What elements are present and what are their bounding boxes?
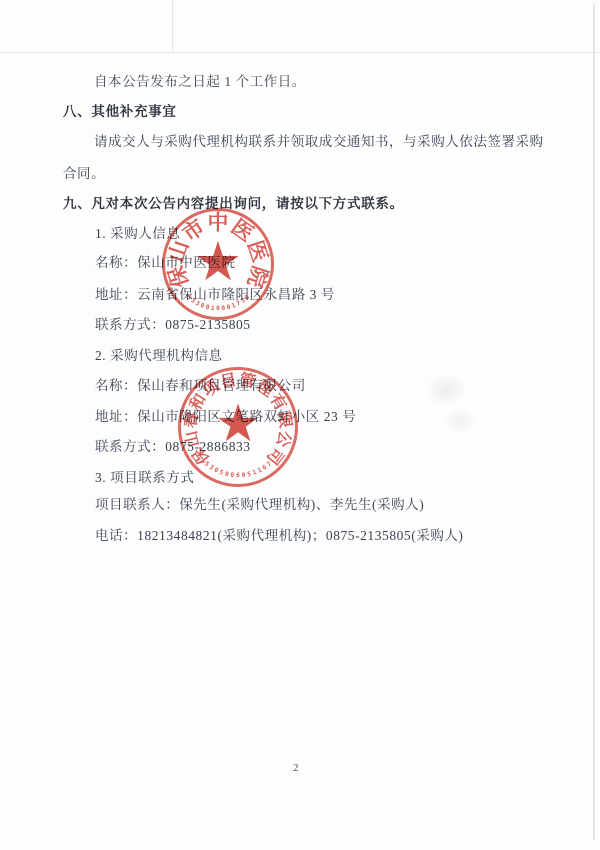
seal-code-digit: 5 — [218, 469, 224, 476]
seal-arc-character: 司 — [263, 444, 285, 466]
seal-code-digit: 1 — [231, 303, 237, 310]
project-title: 3. 项目联系方式 — [95, 470, 194, 486]
buyer-contact: 联系方式：0875-2135805 — [95, 317, 251, 333]
seal-code-digit: 0 — [216, 306, 220, 312]
seal-code-digit: 0 — [226, 304, 231, 311]
section8-body-line1: 请成交人与采购代理机构联系并领取成交通知书，与采购人依法签署采购 — [94, 134, 544, 150]
buyer-address: 地址：云南省保山市隆阳区永昌路 3 号 — [95, 287, 335, 303]
intro-line: 自本公告发布之日起 1 个工作日。 — [94, 74, 306, 90]
page-number: 2 — [293, 762, 299, 774]
scanned-document-page: 自本公告发布之日起 1 个工作日。 八、其他补充事宜 请成交人与采购代理机构联系… — [0, 0, 600, 850]
seal-code-digit: 3 — [208, 464, 215, 471]
agency-address: 地址：保山市隆阳区文笔路双虹小区 23 号 — [95, 409, 356, 425]
scan-smudge — [418, 368, 474, 412]
seal-arc-character: 医 — [244, 238, 270, 264]
section8-body-line2: 合同。 — [63, 166, 105, 182]
seal-code-digit: 5 — [203, 461, 210, 468]
seal-code-digit: 0 — [213, 467, 219, 474]
agency-title: 2. 采购代理机构信息 — [95, 348, 223, 364]
seal-arc-character: 市 — [179, 216, 208, 245]
seal-code-digit: 1 — [210, 305, 214, 312]
seal-code-digit: 1 — [257, 467, 263, 474]
buyer-title: 1. 采购人信息 — [95, 226, 180, 242]
seal-arc-character: 院 — [244, 263, 270, 289]
buyer-name: 名称：保山市中医医院 — [95, 255, 236, 271]
seal-code-digit: 0 — [221, 305, 225, 312]
seal-code-digit: 0 — [230, 472, 234, 479]
seal-code-digit: 7 — [266, 461, 273, 468]
seal-arc-character: 医 — [227, 216, 256, 245]
scan-smudge — [438, 404, 482, 438]
seal-code-digit: 0 — [199, 303, 205, 310]
seal-code-digit: 1 — [252, 469, 258, 476]
seal-code-digit: 0 — [241, 472, 245, 479]
seal-arc-character: 中 — [208, 213, 229, 234]
agency-name: 名称：保山春和项目管理有限公司 — [95, 378, 306, 394]
seal-code-digit: 5 — [247, 471, 252, 478]
project-phones: 电话：18213484821(采购代理机构)；0875-2135805(采购人) — [95, 528, 463, 544]
agency-contact: 联系方式：0875-2886833 — [95, 439, 251, 455]
scan-edge-line-right — [593, 4, 595, 840]
project-contacts: 项目联系人：保先生(采购代理机构)、李先生(采购人) — [95, 497, 424, 513]
seal-code-digit: 6 — [262, 464, 269, 471]
section8-heading: 八、其他补充事宜 — [63, 104, 177, 120]
seal-code-digit: 0 — [224, 471, 229, 478]
seal-code-digit: 6 — [236, 473, 240, 479]
scan-edge-line-topleft — [172, 0, 173, 52]
seal-arc-character: 公 — [273, 429, 293, 449]
section9-heading: 九、凡对本次公告内容提出询问，请按以下方式联系。 — [63, 196, 404, 212]
scan-edge-line-horizontal — [0, 52, 600, 53]
seal-code-digit: 0 — [205, 304, 210, 311]
